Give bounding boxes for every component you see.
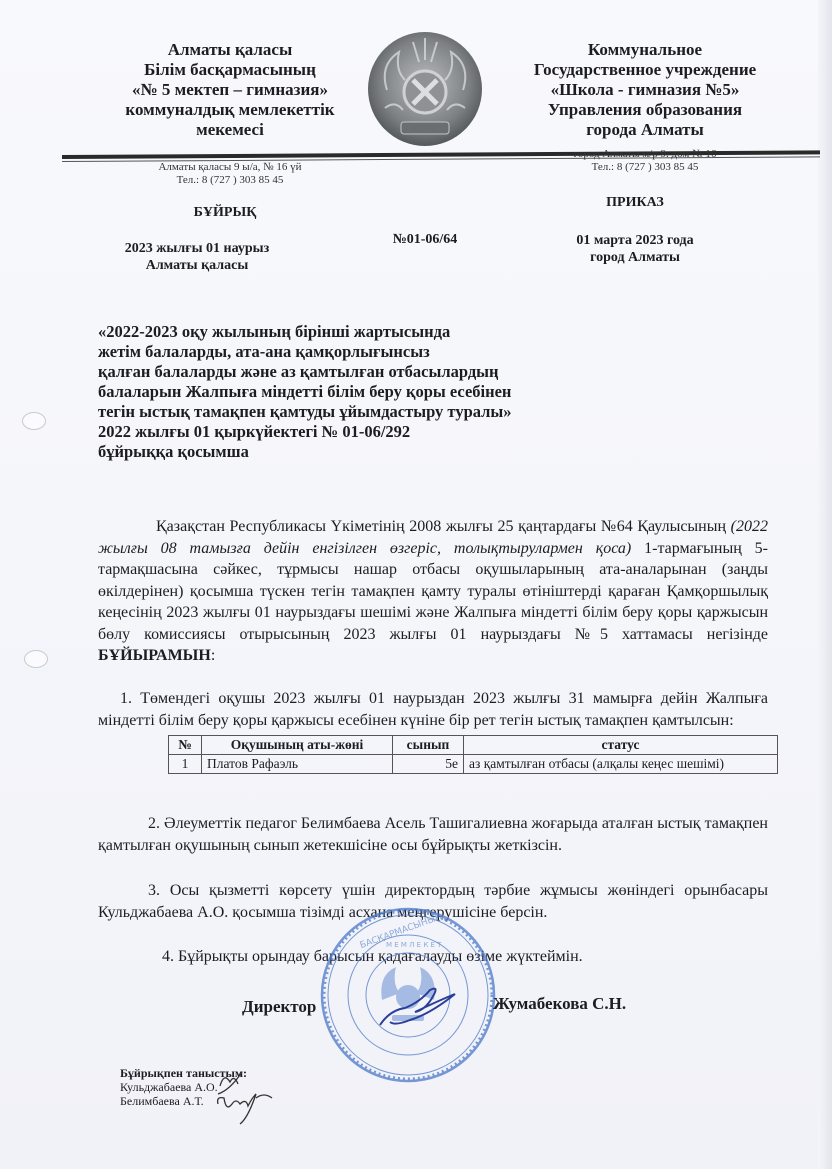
header-right-address: город Алматы м/р 9. дом № 16 Тел.: 8 (72…: [500, 148, 790, 174]
subject-line: тегін ыстық тамақпен қамтуды ұйымдастыру…: [98, 402, 568, 422]
order-item-1: 1. Төмендегі оқушы 2023 жылғы 01 наурызд…: [98, 688, 768, 731]
subject-line: «2022-2023 оқу жылының бірінші жартысынд…: [98, 322, 568, 342]
header-right-line: «Школа - гимназия №5»: [500, 80, 790, 100]
order-title-ru: ПРИКАЗ: [560, 194, 710, 211]
address-line: Алматы қаласы 9 ы/а, № 16 үй: [100, 161, 360, 174]
signature-role: Директор: [242, 997, 316, 1017]
city-ru: город Алматы: [545, 249, 725, 266]
preamble-text: Қазақстан Республикасы Үкіметінің 2008 ж…: [156, 518, 731, 535]
scanned-document-page: Алматы қаласы Білім басқармасының «№ 5 м…: [0, 0, 832, 1169]
date-ru: 01 марта 2023 года: [545, 232, 725, 249]
subject-line: бұйрыққа қосымша: [98, 442, 568, 462]
decree-colon: :: [211, 647, 215, 664]
order-subject: «2022-2023 оқу жылының бірінші жартысынд…: [98, 322, 568, 462]
header-right-line: Управления образования: [500, 100, 790, 120]
order-item-2: 2. Әлеуметтік педагог Белимбаева Асель Т…: [98, 813, 768, 856]
header-right-line: Коммунальное: [500, 40, 790, 60]
table-header-row: № Оқушының аты-жөні сынып статус: [169, 736, 778, 755]
order-title-kz: БҰЙРЫҚ: [130, 204, 320, 221]
column-header-name: Оқушының аты-жөні: [202, 736, 393, 755]
header-left-line: Білім басқармасының: [100, 60, 360, 80]
header-left-line: коммуналдық мемлекеттік: [100, 100, 360, 120]
signature-name: Жумабекова С.Н.: [493, 994, 626, 1014]
page-edge-shadow: [818, 0, 832, 1169]
punch-hole: [22, 412, 46, 430]
order-date-ru: 01 марта 2023 года город Алматы: [545, 232, 725, 266]
header-left-line: «№ 5 мектеп – гимназия»: [100, 80, 360, 100]
phone-line: Тел.: 8 (727 ) 303 85 45: [100, 174, 360, 187]
student-table: № Оқушының аты-жөні сынып статус 1 Плато…: [168, 735, 778, 774]
header-left-institution: Алматы қаласы Білім басқармасының «№ 5 м…: [100, 40, 360, 140]
header-left-line: Алматы қаласы: [100, 40, 360, 60]
phone-line: Тел.: 8 (727 ) 303 85 45: [500, 161, 790, 174]
cell-class: 5е: [393, 755, 464, 774]
order-number: №01-06/64: [350, 231, 500, 248]
decree-word: БҰЙЫРАМЫН: [98, 647, 211, 664]
city-kz: Алматы қаласы: [92, 257, 302, 274]
column-header-class: сынып: [393, 736, 464, 755]
state-emblem-icon: [365, 30, 485, 148]
table-row: 1 Платов Рафаэль 5е аз қамтылған отбасы …: [169, 755, 778, 774]
column-header-status: статус: [464, 736, 778, 755]
punch-hole: [24, 650, 48, 668]
cell-number: 1: [169, 755, 202, 774]
subject-line: 2022 жылғы 01 қыркүйектегі № 01-06/292: [98, 422, 568, 442]
order-date-kz: 2023 жылғы 01 наурыз Алматы қаласы: [92, 240, 302, 274]
svg-text:М Е М Л Е К Е Т: М Е М Л Е К Е Т: [386, 941, 442, 949]
subject-line: қалған балаларды және аз қамтылған отбас…: [98, 362, 568, 382]
header-right-institution: Коммунальное Государственное учреждение …: [500, 40, 790, 140]
column-header-number: №: [169, 736, 202, 755]
subject-line: жетім балаларды, ата-ана қамқорлығынсыз: [98, 342, 568, 362]
cell-status: аз қамтылған отбасы (алқалы кеңес шешімі…: [464, 755, 778, 774]
signature-scribble-icon: [370, 980, 470, 1030]
header-left-address: Алматы қаласы 9 ы/а, № 16 үй Тел.: 8 (72…: [100, 161, 360, 187]
date-kz: 2023 жылғы 01 наурыз: [92, 240, 302, 257]
header-left-line: мекемесі: [100, 120, 360, 140]
acknowledgement-signatures-icon: [212, 1068, 282, 1128]
header-right-line: города Алматы: [500, 120, 790, 140]
address-line: город Алматы м/р 9. дом № 16: [500, 148, 790, 161]
preamble-paragraph: Қазақстан Республикасы Үкіметінің 2008 ж…: [98, 516, 768, 667]
subject-line: балаларын Жалпыға міндетті білім беру қо…: [98, 382, 568, 402]
cell-name: Платов Рафаэль: [202, 755, 393, 774]
header-right-line: Государственное учреждение: [500, 60, 790, 80]
